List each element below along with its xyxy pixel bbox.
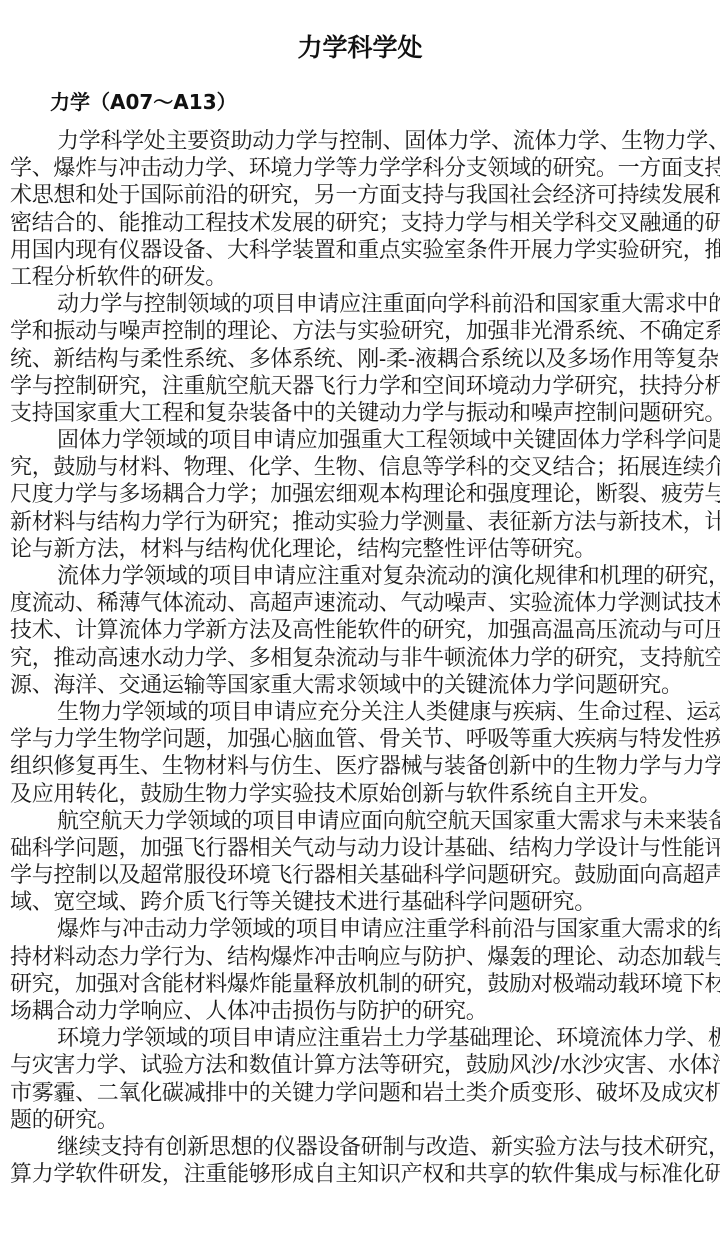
text-line: 统、新结构与柔性系统、多体系统、刚-柔-液耦合系统以及多场作用等复杂系统的动力 (10, 346, 710, 373)
text-line: 市雾霾、二氧化碳减排中的关键力学问题和岩土类介质变形、破坏及成灾机理等问 (10, 1080, 710, 1107)
text-line: 环境力学领域的项目申请应注重岩土力学基础理论、环境流体力学、极端环境 (10, 1025, 710, 1052)
text-line: 场耦合动力学响应、人体冲击损伤与防护的研究。 (10, 998, 710, 1025)
paragraph: 力学科学处主要资助动力学与控制、固体力学、流体力学、生物力学、航空航天力学、爆炸… (10, 128, 710, 291)
paragraph: 航空航天力学领域的项目申请应面向航空航天国家重大需求与未来装备研制中的基础科学问… (10, 808, 710, 917)
text-line: 新材料与结构力学行为研究；推动实验力学测量、表征新方法与新技术，计算力学新理 (10, 509, 710, 536)
text-line: 密结合的、能推动工程技术发展的研究；支持力学与相关学科交叉融通的研究；鼓励利 (10, 210, 710, 237)
paragraph: 流体力学领域的项目申请应注重对复杂流动的演化规律和机理的研究，鼓励微纳尺度流动、… (10, 563, 710, 699)
text-line: 论与新方法，材料与结构优化理论，结构完整性评估等研究。 (10, 536, 710, 563)
text-line: 爆炸与冲击动力学领域的项目申请应注重学科前沿与国家重大需求的结合，侧重支 (10, 916, 710, 943)
text-line: 术思想和处于国际前沿的研究，另一方面支持与我国社会经济可持续发展和国家安全紧 (10, 182, 710, 209)
text-line: 继续支持有创新思想的仪器设备研制与改造、新实验方法与技术研究，继续支持计 (10, 1134, 710, 1161)
paragraph: 爆炸与冲击动力学领域的项目申请应注重学科前沿与国家重大需求的结合，侧重支持材料动… (10, 916, 710, 1025)
text-line: 力学科学处主要资助动力学与控制、固体力学、流体力学、生物力学、航空航天力 (10, 128, 710, 155)
text-line: 学与控制研究，注重航空航天器飞行力学和空间环境动力学研究，扶持分析力学研究， (10, 373, 710, 400)
text-line: 域、宽空域、跨介质飞行等关键技术进行基础科学问题研究。 (10, 889, 710, 916)
text-line: 学与控制以及超常服役环境飞行器相关基础科学问题研究。鼓励面向高超声速、宽速 (10, 862, 710, 889)
text-line: 尺度力学与多场耦合力学；加强宏细观本构理论和强度理论，断裂、疲劳与失效机理， (10, 481, 710, 508)
text-line: 固体力学领域的项目申请应加强重大工程领域中关键固体力学科学问题的提炼与研 (10, 427, 710, 454)
paragraph: 继续支持有创新思想的仪器设备研制与改造、新实验方法与技术研究，继续支持计算力学软… (10, 1134, 710, 1188)
text-line: 工程分析软件的研发。 (10, 264, 710, 291)
page-title: 力学科学处 (0, 28, 720, 64)
text-line: 及应用转化，鼓励生物力学实验技术原始创新与软件系统自主开发。 (10, 781, 710, 808)
text-line: 础科学问题，加强飞行器相关气动与动力设计基础、结构力学设计与性能评价、飞行力 (10, 835, 710, 862)
text-line: 学和振动与噪声控制的理论、方法与实验研究，加强非光滑系统、不确定系统、随机系 (10, 318, 710, 345)
text-line: 支持国家重大工程和复杂装备中的关键动力学与振动和噪声控制问题研究。 (10, 400, 710, 427)
text-line: 题的研究。 (10, 1107, 710, 1134)
text-line: 用国内现有仪器设备、大科学装置和重点实验室条件开展力学实验研究，推动计算力学 (10, 237, 710, 264)
section-heading: 力学（A07～A13） (50, 86, 237, 115)
text-line: 究，鼓励与材料、物理、化学、生物、信息等学科的交叉结合；拓展连续介质力学、多 (10, 454, 710, 481)
text-line: 学、爆炸与冲击动力学、环境力学等力学学科分支领域的研究。一方面支持具有原创学 (10, 155, 710, 182)
text-line: 技术、计算流体力学新方法及高性能软件的研究，加强高温高压流动与可压缩湍流的研 (10, 617, 710, 644)
text-line: 度流动、稀薄气体流动、高超声速流动、气动噪声、实验流体力学测试技术、流动控制 (10, 590, 710, 617)
text-line: 持材料动态力学行为、结构爆炸冲击响应与防护、爆轰的理论、动态加载与诊断新方法 (10, 944, 710, 971)
paragraph: 环境力学领域的项目申请应注重岩土力学基础理论、环境流体力学、极端环境与灾害力学、… (10, 1025, 710, 1134)
paragraph: 动力学与控制领域的项目申请应注重面向学科前沿和国家重大需求中的非线性动力学和振动… (10, 291, 710, 427)
text-line: 航空航天力学领域的项目申请应面向航空航天国家重大需求与未来装备研制中的基 (10, 808, 710, 835)
text-line: 研究，加强对含能材料爆炸能量释放机制的研究，鼓励对极端动载环境下材料与结构多 (10, 971, 710, 998)
text-line: 与灾害力学、试验方法和数值计算方法等研究，鼓励风沙/水沙灾害、水体污染、城 (10, 1052, 710, 1079)
text-line: 学与力学生物学问题，加强心脑血管、骨关节、呼吸等重大疾病与特发性疾病、康复、 (10, 726, 710, 753)
text-line: 动力学与控制领域的项目申请应注重面向学科前沿和国家重大需求中的非线性动力 (10, 291, 710, 318)
document-body: 力学科学处主要资助动力学与控制、固体力学、流体力学、生物力学、航空航天力学、爆炸… (10, 128, 710, 1188)
text-line: 源、海洋、交通运输等国家重大需求领域中的关键流体力学问题研究。 (10, 672, 710, 699)
text-line: 算力学软件研发，注重能够形成自主知识产权和共享的软件集成与标准化研究。 (10, 1161, 710, 1188)
text-line: 组织修复再生、生物材料与仿生、医疗器械与装备创新中的生物力学与力学生物学机理 (10, 753, 710, 780)
text-line: 生物力学领域的项目申请应充分关注人类健康与疾病、生命过程、运动中的生物力 (10, 699, 710, 726)
text-line: 究，推动高速水动力学、多相复杂流动与非牛顿流体力学的研究，支持航空航天、能 (10, 645, 710, 672)
paragraph: 固体力学领域的项目申请应加强重大工程领域中关键固体力学科学问题的提炼与研究，鼓励… (10, 427, 710, 563)
paragraph: 生物力学领域的项目申请应充分关注人类健康与疾病、生命过程、运动中的生物力学与力学… (10, 699, 710, 808)
text-line: 流体力学领域的项目申请应注重对复杂流动的演化规律和机理的研究，鼓励微纳尺 (10, 563, 710, 590)
